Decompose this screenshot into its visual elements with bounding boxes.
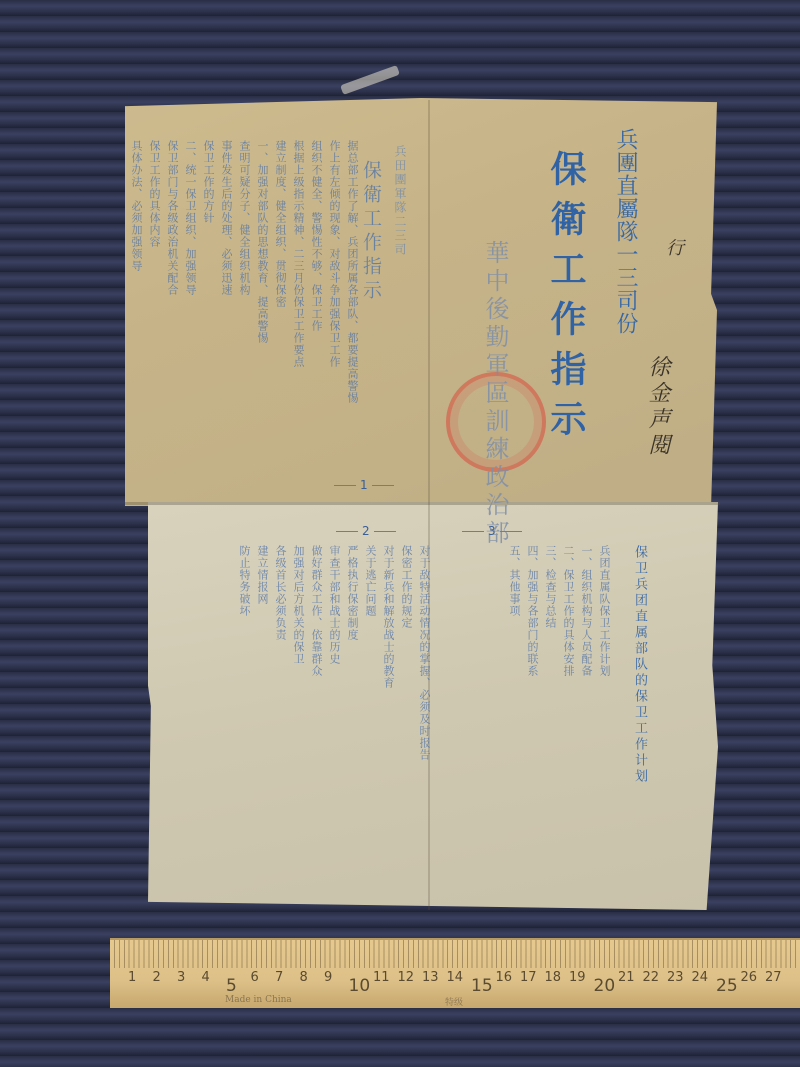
text-column: 关于逃亡问题 bbox=[364, 545, 376, 875]
text-column: 三、检查与总结 bbox=[544, 545, 556, 875]
ruler-number: 18 bbox=[545, 970, 562, 985]
ruler-number: 6 bbox=[251, 970, 259, 985]
text-column: 严格执行保密制度 bbox=[346, 545, 358, 875]
text-column: 五、其他事项 bbox=[508, 545, 520, 875]
ruler-number: 1 bbox=[128, 970, 136, 985]
ruler-number: 27 bbox=[765, 970, 782, 985]
ruler-number: 14 bbox=[447, 970, 464, 985]
wooden-ruler: 1234567891011121314151617181920212223242… bbox=[110, 938, 800, 1008]
ruler-number: 5 bbox=[226, 976, 237, 996]
ruler-number: 3 bbox=[177, 970, 185, 985]
page-3-subtitle: 保卫兵团直属部队的保卫工作计划 bbox=[630, 545, 649, 785]
page-1-body: 据总部工作了解、兵团所属各部队、都要提高警惕作上有左倾的现象、对敌斗争加强保卫工… bbox=[158, 140, 358, 480]
ruler-number: 24 bbox=[692, 970, 709, 985]
horizontal-fold-line bbox=[125, 502, 720, 505]
text-column: 对于敌特活动情况的掌握、必须及时报告 bbox=[418, 545, 430, 875]
text-column: 四、加强与各部门的联系 bbox=[526, 545, 538, 875]
ruler-number: 15 bbox=[471, 976, 493, 996]
text-column: 根据上级指示精神、二三月份保卫工作要点 bbox=[292, 140, 304, 480]
ruler-number: 23 bbox=[667, 970, 684, 985]
text-column: 二、保卫工作的具体安排 bbox=[562, 545, 574, 875]
ruler-number: 20 bbox=[594, 976, 616, 996]
cover-issuer: 華中後勤軍區訓練政治部 bbox=[478, 240, 513, 548]
text-column: 审查干部和战士的历史 bbox=[328, 545, 340, 875]
text-column: 一、加强对部队的思想教育、提高警惕 bbox=[256, 140, 268, 480]
text-column: 一、组织机构与人员配备 bbox=[580, 545, 592, 875]
cover-title: 保衛工作指示 bbox=[540, 150, 591, 450]
handwritten-signature: 徐金声閱 bbox=[642, 355, 673, 459]
ruler-number: 10 bbox=[349, 976, 371, 996]
text-column: 事件发生后的处理、必须迅速 bbox=[220, 140, 232, 480]
text-column: 查明可疑分子、健全组织机构 bbox=[238, 140, 250, 480]
text-column: 做好群众工作、依靠群众 bbox=[310, 545, 322, 875]
ruler-number: 21 bbox=[618, 970, 635, 985]
ruler-made-in: Made in China bbox=[225, 995, 292, 1005]
text-column: 二、统一保卫组织、加强领导 bbox=[184, 140, 196, 480]
text-column: 兵团直属队保卫工作计划 bbox=[598, 545, 610, 875]
ruler-number: 12 bbox=[398, 970, 415, 985]
text-column: 保卫工作的具体内容 bbox=[148, 140, 160, 480]
text-column: 具体办法、必须加强领导 bbox=[130, 140, 142, 480]
ruler-number: 9 bbox=[324, 970, 332, 985]
ruler-number: 13 bbox=[422, 970, 439, 985]
ruler-number: 17 bbox=[520, 970, 537, 985]
ruler-number: 8 bbox=[300, 970, 308, 985]
inner-unit-line: 兵田團軍隊二三司 bbox=[392, 145, 409, 257]
handwritten-mark: 行 bbox=[660, 238, 686, 256]
ruler-number: 25 bbox=[716, 976, 738, 996]
page-2-body: 对于敌特活动情况的掌握、必须及时报告保密工作的规定对于新兵和解放战士的教育关于逃… bbox=[175, 545, 430, 875]
ruler-number: 11 bbox=[373, 970, 390, 985]
ruler-number: 7 bbox=[275, 970, 283, 985]
text-column: 加强对后方机关的保卫 bbox=[292, 545, 304, 875]
page-number-2: 2 bbox=[332, 524, 400, 538]
ruler-number: 16 bbox=[496, 970, 513, 985]
page-number-3: 3 bbox=[458, 524, 526, 538]
text-column: 保密工作的规定 bbox=[400, 545, 412, 875]
ruler-number: 22 bbox=[643, 970, 660, 985]
ruler-number: 4 bbox=[202, 970, 210, 985]
text-column: 据总部工作了解、兵团所属各部队、都要提高警惕 bbox=[346, 140, 358, 480]
paper-debris bbox=[340, 65, 400, 95]
photo-scene: 兵團直屬隊一三司份 保衛工作指示 華中後勤軍區訓練政治部 行 徐金声閱 兵田團軍… bbox=[0, 0, 800, 1067]
cover-unit-line: 兵團直屬隊一三司份 bbox=[610, 128, 641, 335]
ruler-brand: 特级 bbox=[445, 995, 463, 1008]
text-column: 组织不健全、警惕性不够、保卫工作 bbox=[310, 140, 322, 480]
text-column: 保卫工作的方针 bbox=[202, 140, 214, 480]
text-column: 各级首长必须负责 bbox=[274, 545, 286, 875]
ruler-number: 26 bbox=[741, 970, 758, 985]
text-column: 对于新兵和解放战士的教育 bbox=[382, 545, 394, 875]
page-3-body: 兵团直属队保卫工作计划一、组织机构与人员配备二、保卫工作的具体安排三、检查与总结… bbox=[470, 545, 610, 875]
text-column: 保卫部门与各级政治机关配合 bbox=[166, 140, 178, 480]
ruler-ticks bbox=[114, 940, 800, 968]
text-column: 防止特务破坏 bbox=[238, 545, 250, 875]
text-column: 建立情报网 bbox=[256, 545, 268, 875]
ruler-number: 2 bbox=[153, 970, 161, 985]
inner-title: 保衛工作指示 bbox=[358, 160, 385, 304]
page-number-1: 1 bbox=[330, 478, 398, 492]
ruler-number: 19 bbox=[569, 970, 586, 985]
text-column: 作上有左倾的现象、对敌斗争加强保卫工作 bbox=[328, 140, 340, 480]
text-column: 建立制度、健全组织、贯彻保密 bbox=[274, 140, 286, 480]
